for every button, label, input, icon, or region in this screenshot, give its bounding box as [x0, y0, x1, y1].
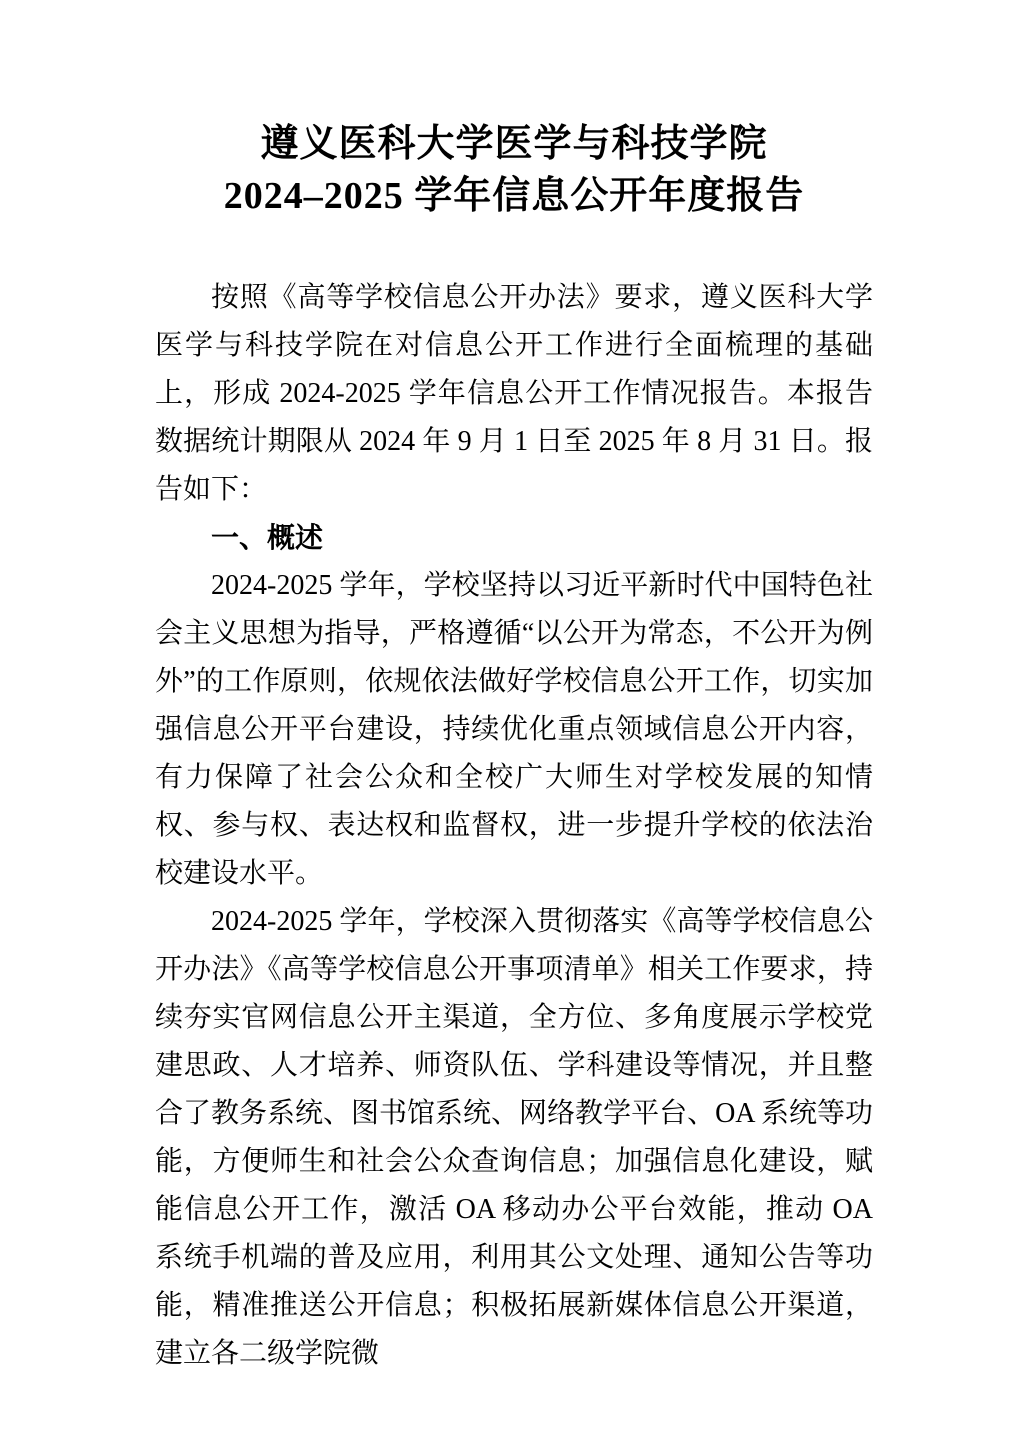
section-heading: 一、概述 — [155, 514, 873, 562]
paragraph: 2024-2025 学年，学校深入贯彻落实《高等学校信息公开办法》《高等学校信息… — [155, 898, 873, 1378]
document-content: 遵义医科大学医学与科技学院 2024–2025 学年信息公开年度报告 按照《高等… — [155, 118, 873, 1378]
paragraph: 按照《高等学校信息公开办法》要求，遵义医科大学医学与科技学院在对信息公开工作进行… — [155, 274, 873, 514]
title-line-2: 2024–2025 学年信息公开年度报告 — [155, 170, 873, 222]
document-body: 按照《高等学校信息公开办法》要求，遵义医科大学医学与科技学院在对信息公开工作进行… — [155, 274, 873, 1378]
document-page: 遵义医科大学医学与科技学院 2024–2025 学年信息公开年度报告 按照《高等… — [0, 0, 1024, 1448]
document-title: 遵义医科大学医学与科技学院 2024–2025 学年信息公开年度报告 — [155, 118, 873, 222]
title-line-1: 遵义医科大学医学与科技学院 — [155, 118, 873, 170]
paragraph: 2024-2025 学年，学校坚持以习近平新时代中国特色社会主义思想为指导，严格… — [155, 562, 873, 898]
